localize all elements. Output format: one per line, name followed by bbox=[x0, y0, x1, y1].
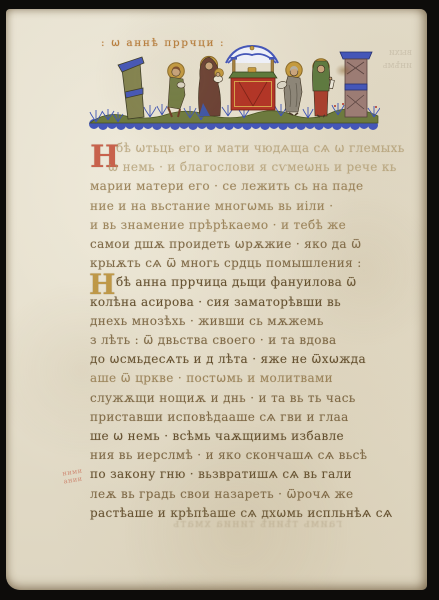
mother-of-god-figure bbox=[199, 56, 224, 116]
text-line: ше ѡ немь · всѣмь чаѫщиимь избавле bbox=[90, 427, 382, 446]
text-line: крыѫть сѧ ѿ многь срдць помышления : bbox=[90, 254, 382, 273]
joseph-figure bbox=[168, 63, 185, 117]
miniature-presentation-scene bbox=[88, 45, 380, 131]
text-line: ния вь иерслмѣ · и яко скончашѧ сѧ вьсѣ bbox=[90, 446, 382, 465]
simeon-figure bbox=[276, 62, 302, 115]
text-line: и вь знамение прѣрѣкаемо · и тебѣ же bbox=[90, 216, 382, 235]
text-line: марии матери его · се лежить сь на паде bbox=[90, 177, 382, 196]
show-through-text-top: выхи инѣмь bbox=[340, 47, 412, 73]
manuscript-page: : ѡ аннѣ пррчци : bbox=[6, 9, 427, 590]
text-block: бѣ ѡтьць его и мати чюдѧща сѧ ѡ глемыхь … bbox=[90, 139, 382, 523]
red-marginal-gloss: ними ании bbox=[62, 467, 84, 486]
text-line: з лѣть : ѿ двьства своего · и та вдова bbox=[90, 331, 382, 350]
text-line: ние и на вьстание многѡмь вь иіли · bbox=[90, 197, 382, 216]
text-line: аше ѿ цркве · постѡмь и молитвами bbox=[90, 369, 382, 388]
text-line: служѫщи нощиѫ и днь · и та вь ть чась bbox=[90, 389, 382, 408]
text-line: ѡ немь · и благослови я сѵмеѡнь и рече к… bbox=[90, 158, 382, 177]
text-line: самои дшѫ проидеть ѡрѫжие · яко да ѿ bbox=[90, 235, 382, 254]
text-line: до ѡсмьдесѧть и д лѣта · яже не ѿхѡжда bbox=[90, 350, 382, 369]
anna-prophetess-figure bbox=[312, 59, 334, 117]
left-column bbox=[118, 57, 144, 119]
altar-with-ciborium bbox=[226, 46, 278, 110]
text-line: бѣ анна пррчица дьщи фануилова ѿ bbox=[90, 273, 382, 292]
show-through-text-bottom: гаимь тѣинѣ тиниа хмать bbox=[92, 517, 342, 530]
text-line: днехь мнозѣхь · живши сь мѫжемь bbox=[90, 312, 382, 331]
text-line: колѣна асирова · сия заматорѣвши вь bbox=[90, 293, 382, 312]
text-line: леѫ вь градь свои назареть · ѿрочѧ же bbox=[90, 485, 382, 504]
text-line: по закону гню · вьзвратишѧ сѧ вь гали bbox=[90, 465, 382, 484]
text-line: приставши исповѣдааше сѧ гви и глаа bbox=[90, 408, 382, 427]
text-line: бѣ ѡтьць его и мати чюдѧща сѧ ѡ глемыхь bbox=[90, 139, 382, 158]
